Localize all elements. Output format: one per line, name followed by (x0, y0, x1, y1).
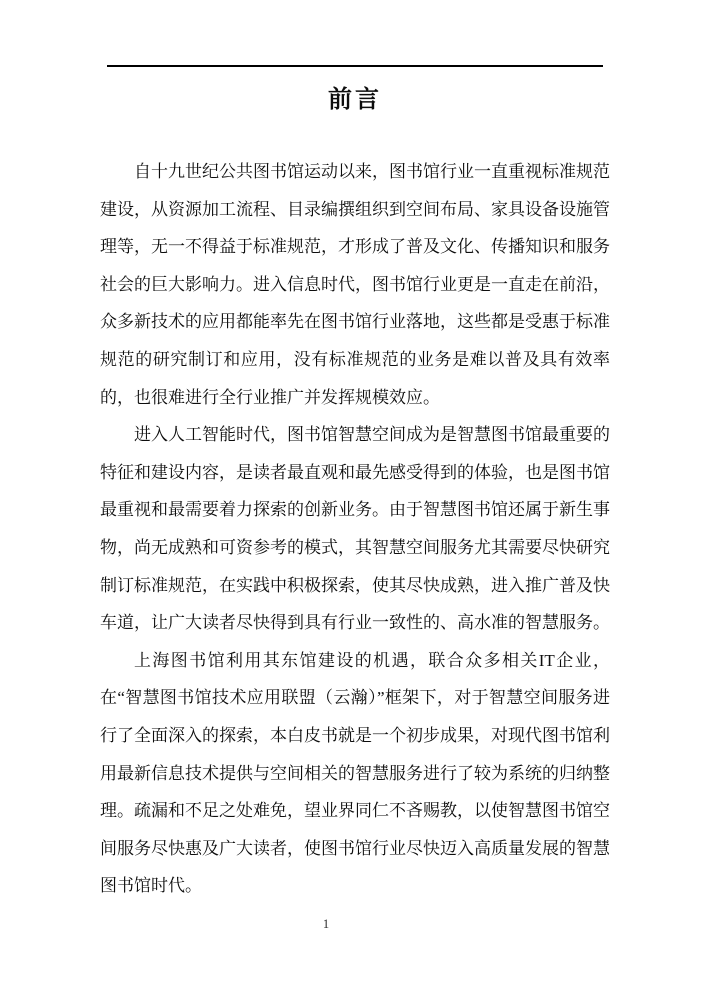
page-title: 前言 (0, 84, 710, 116)
paragraph-3: 上海图书馆利用其东馆建设的机遇，联合众多相关IT企业，在“智慧图书馆技术应用联盟… (100, 642, 610, 905)
document-body: 自十九世纪公共图书馆运动以来，图书馆行业一直重视标准规范建设，从资源加工流程、目… (100, 153, 610, 905)
paragraph-2: 进入人工智能时代，图书馆智慧空间成为是智慧图书馆最重要的特征和建设内容，是读者最… (100, 416, 610, 642)
header-rule (107, 65, 603, 67)
paragraph-1: 自十九世纪公共图书馆运动以来，图书馆行业一直重视标准规范建设，从资源加工流程、目… (100, 153, 610, 416)
page-number: 1 (0, 917, 652, 932)
document-page: 前言 自十九世纪公共图书馆运动以来，图书馆行业一直重视标准规范建设，从资源加工流… (0, 0, 710, 1004)
